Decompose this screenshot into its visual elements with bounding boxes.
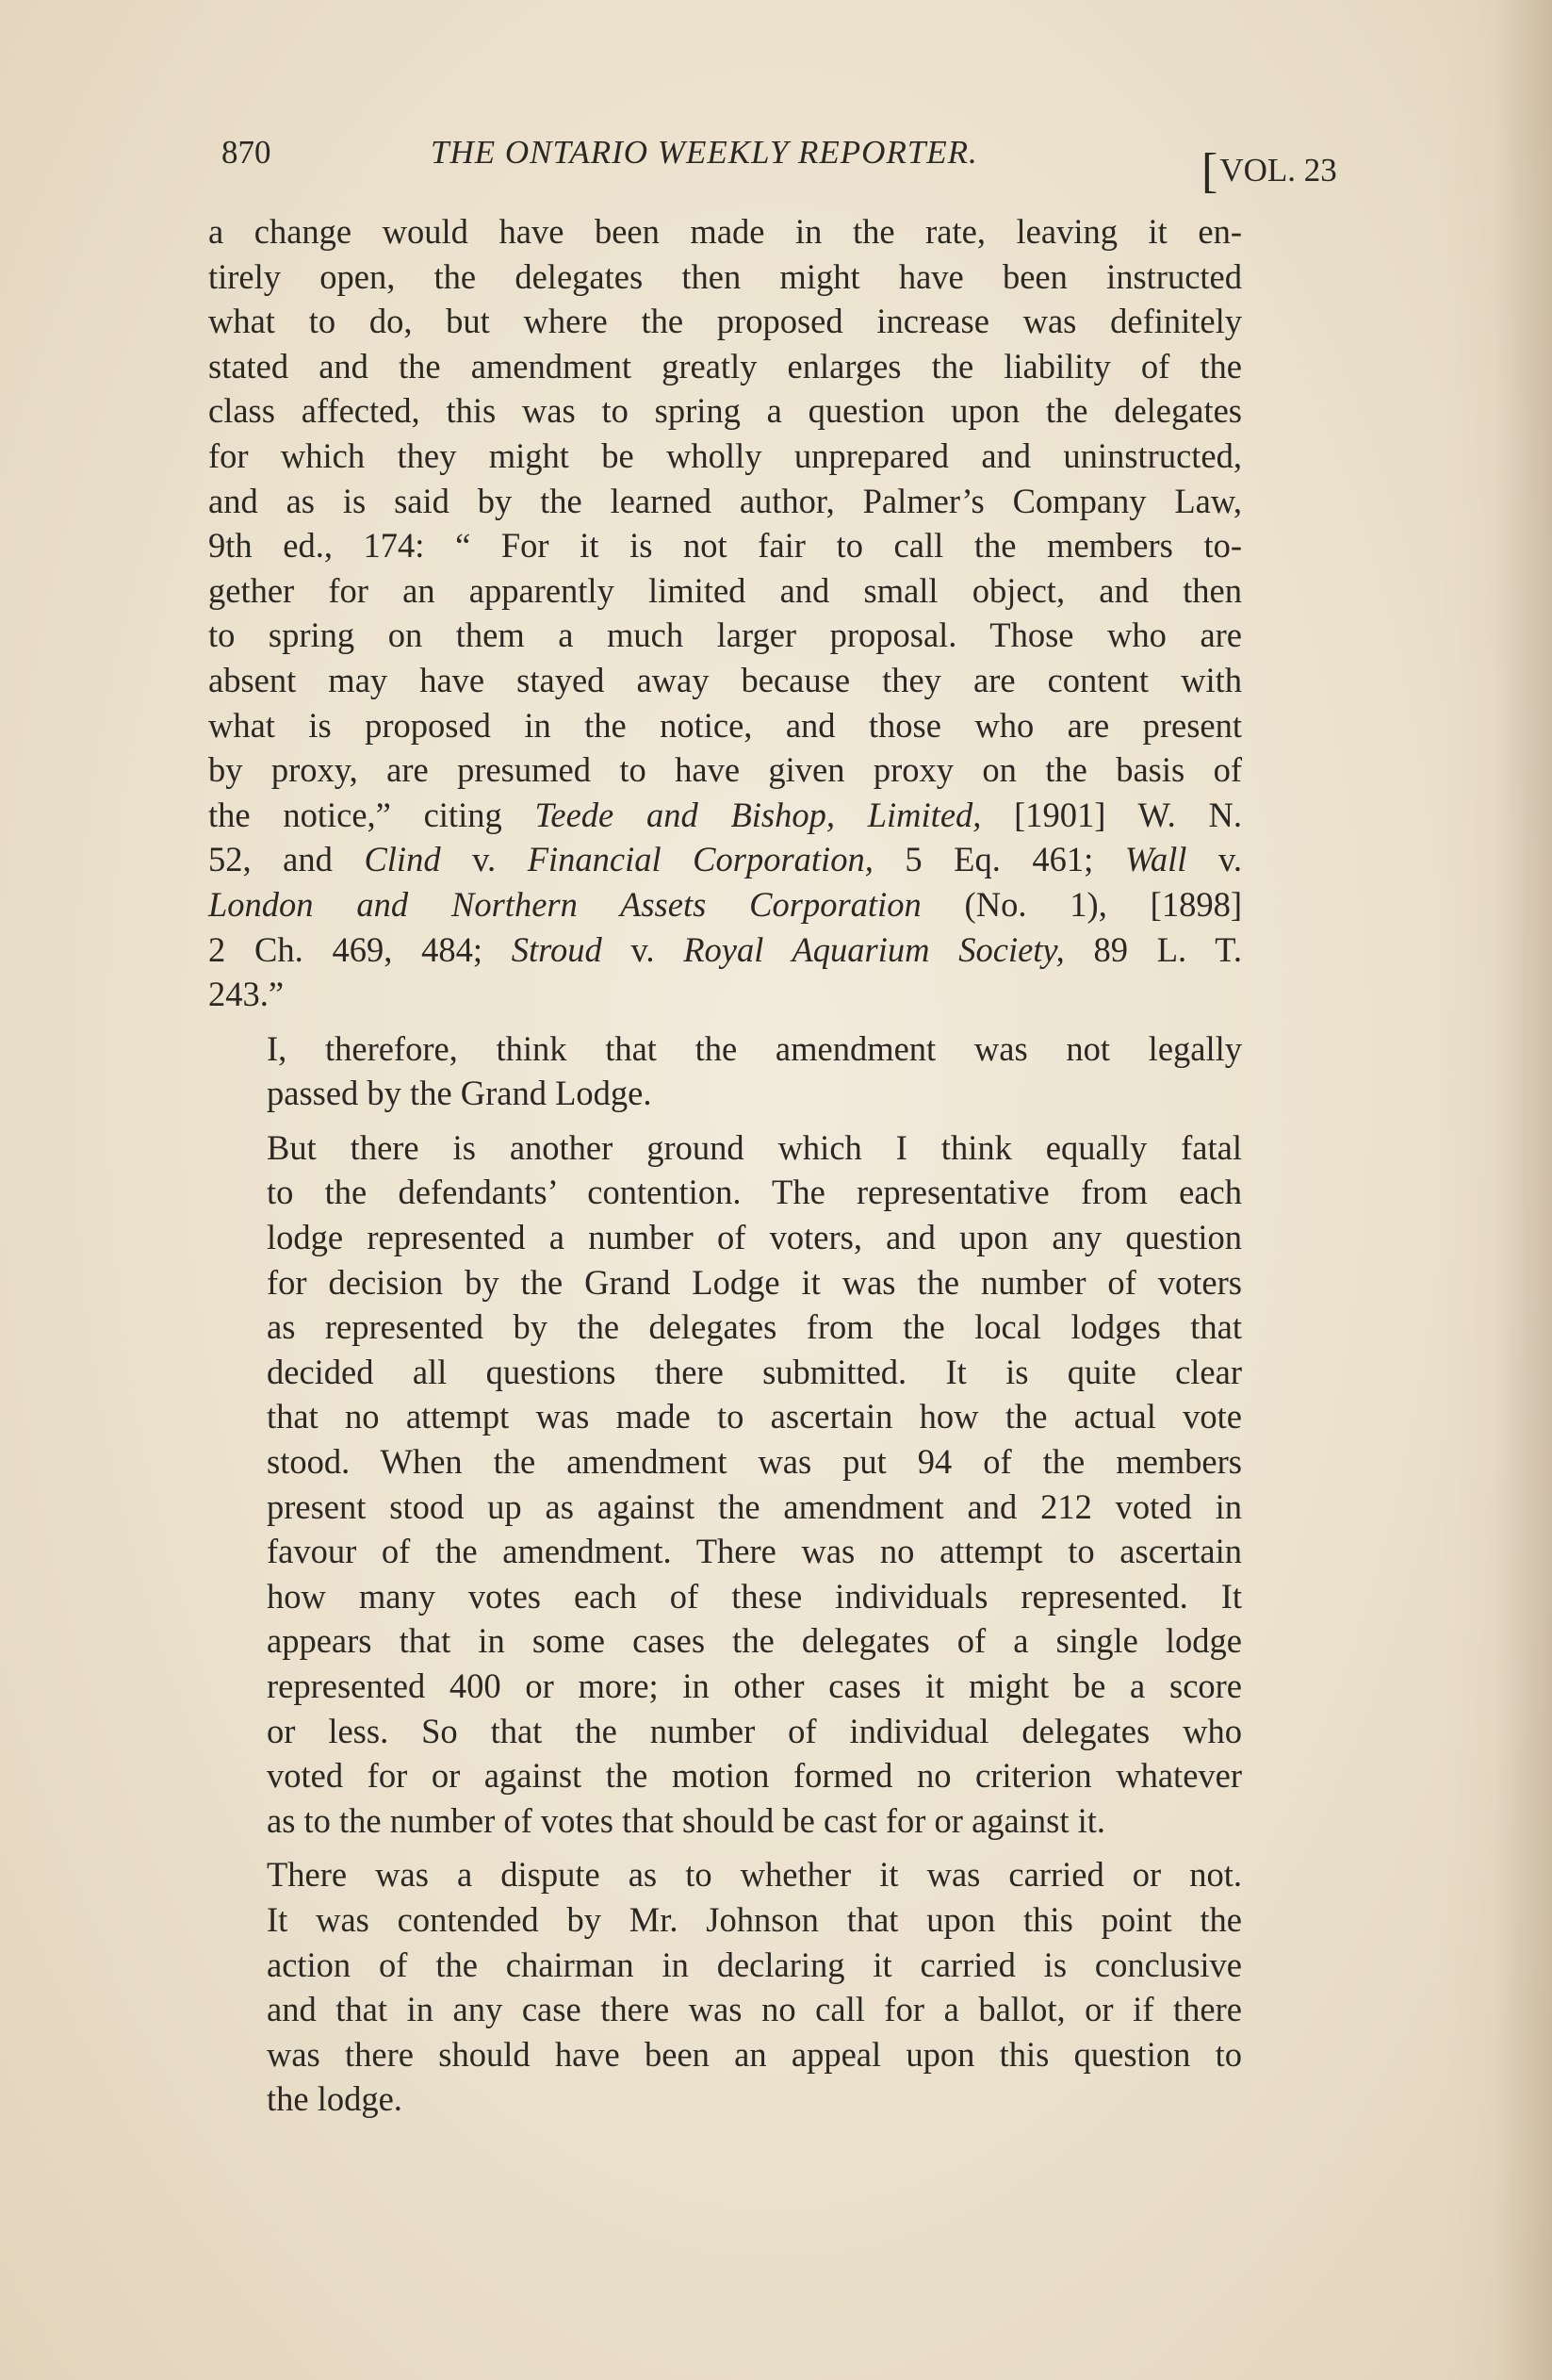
volume-bracket: [ [1201,144,1217,198]
text-line: the lodge. [208,2076,1242,2122]
citation-line: London and Northern Assets Corporation (… [208,882,1242,927]
text-line: to spring on them a much larger proposal… [208,613,1242,658]
paragraph-3: But there is another ground which I thin… [208,1125,1242,1844]
text-line: class affected, this was to spring a que… [208,388,1242,434]
running-header: 870 THE ONTARIO WEEKLY REPORTER. [VOL. 2… [221,134,1249,190]
case-name: London and Northern Assets Corporation [208,885,922,924]
text-run: [1901] W. N. [981,796,1242,834]
text-line: or less. So that the number of individua… [208,1709,1242,1754]
paragraph-4: There was a dispute as to whether it was… [208,1852,1242,2122]
text-line: lodge represented a number of voters, an… [208,1215,1242,1260]
text-line: represented 400 or more; in other cases … [208,1664,1242,1709]
text-run: 2 Ch. 469, 484; [208,930,512,969]
text-line: how many votes each of these individuals… [208,1574,1242,1619]
paragraph-2: I, therefore, think that the amendment w… [208,1026,1242,1116]
text-line: But there is another ground which I thin… [208,1125,1242,1171]
citation-line: 243.” [208,972,1242,1017]
text-run: 52, and [208,840,364,878]
text-line: as to the number of votes that should be… [208,1798,1242,1844]
volume-number: VOL. 23 [1219,152,1336,189]
case-name: Stroud [512,930,602,969]
text-line: gether for an apparently limited and sma… [208,568,1242,614]
text-run: v. [602,930,684,969]
text-line: voted for or against the motion formed n… [208,1753,1242,1798]
text-line: what is proposed in the notice, and thos… [208,703,1242,748]
text-line: favour of the amendment. There was no at… [208,1529,1242,1574]
book-page: 870 THE ONTARIO WEEKLY REPORTER. [VOL. 2… [0,0,1552,2380]
text-line: absent may have stayed away because they… [208,658,1242,703]
text-run: v. [1186,840,1242,878]
text-line: stated and the amendment greatly enlarge… [208,344,1242,389]
text-line: for decision by the Grand Lodge it was t… [208,1260,1242,1305]
paragraph-1: a change would have been made in the rat… [208,209,1242,1017]
text-line: appears that in some cases the delegates… [208,1618,1242,1664]
text-line: It was contended by Mr. Johnson that upo… [208,1897,1242,1943]
text-line: decided all questions there submitted. I… [208,1350,1242,1395]
case-name: Wall [1125,840,1187,878]
text-run: v. [441,840,528,878]
text-line: a change would have been made in the rat… [208,209,1242,254]
text-line: There was a dispute as to whether it was… [208,1852,1242,1897]
text-line: action of the chairman in declaring it c… [208,1943,1242,1988]
case-name: Royal Aquarium Society, [683,930,1064,969]
text-line: that no attempt was made to ascertain ho… [208,1394,1242,1439]
text-line: stood. When the amendment was put 94 of … [208,1439,1242,1485]
text-run: 89 L. T. [1065,930,1242,969]
citation-line: 52, and Clind v. Financial Corporation, … [208,837,1242,882]
text-line: and as is said by the learned author, Pa… [208,479,1242,524]
text-line: 9th ed., 174: “ For it is not fair to ca… [208,523,1242,568]
citation-line: the notice,” citing Teede and Bishop, Li… [208,793,1242,838]
page-number: 870 [221,134,271,172]
text-line: present stood up as against the amendmen… [208,1485,1242,1530]
running-title: THE ONTARIO WEEKLY REPORTER. [431,134,978,172]
body-text: a change would have been made in the rat… [208,209,1242,2122]
page-edge-shadow [1495,0,1552,2380]
text-line: as represented by the delegates from the… [208,1305,1242,1350]
text-run: (No. 1), [1898] [922,885,1242,924]
text-line: tirely open, the delegates then might ha… [208,254,1242,300]
text-run: 5 Eq. 461; [874,840,1125,878]
text-line: by proxy, are presumed to have given pro… [208,747,1242,793]
text-line: and that in any case there was no call f… [208,1987,1242,2032]
citation-line: 2 Ch. 469, 484; Stroud v. Royal Aquarium… [208,927,1242,973]
text-line: was there should have been an appeal upo… [208,2032,1242,2077]
case-name: Teede and Bishop, Limited, [534,796,981,834]
text-line: for which they might be wholly unprepare… [208,434,1242,479]
text-line: I, therefore, think that the amendment w… [208,1026,1242,1072]
text-line: what to do, but where the proposed incre… [208,299,1242,344]
text-run: the notice,” citing [208,796,534,834]
case-name: Clind [364,840,440,878]
text-line: to the defendants’ contention. The repre… [208,1170,1242,1215]
case-name: Financial Corporation, [528,840,874,878]
text-line: passed by the Grand Lodge. [208,1071,1242,1116]
volume-label: [VOL. 23 [1201,138,1337,193]
